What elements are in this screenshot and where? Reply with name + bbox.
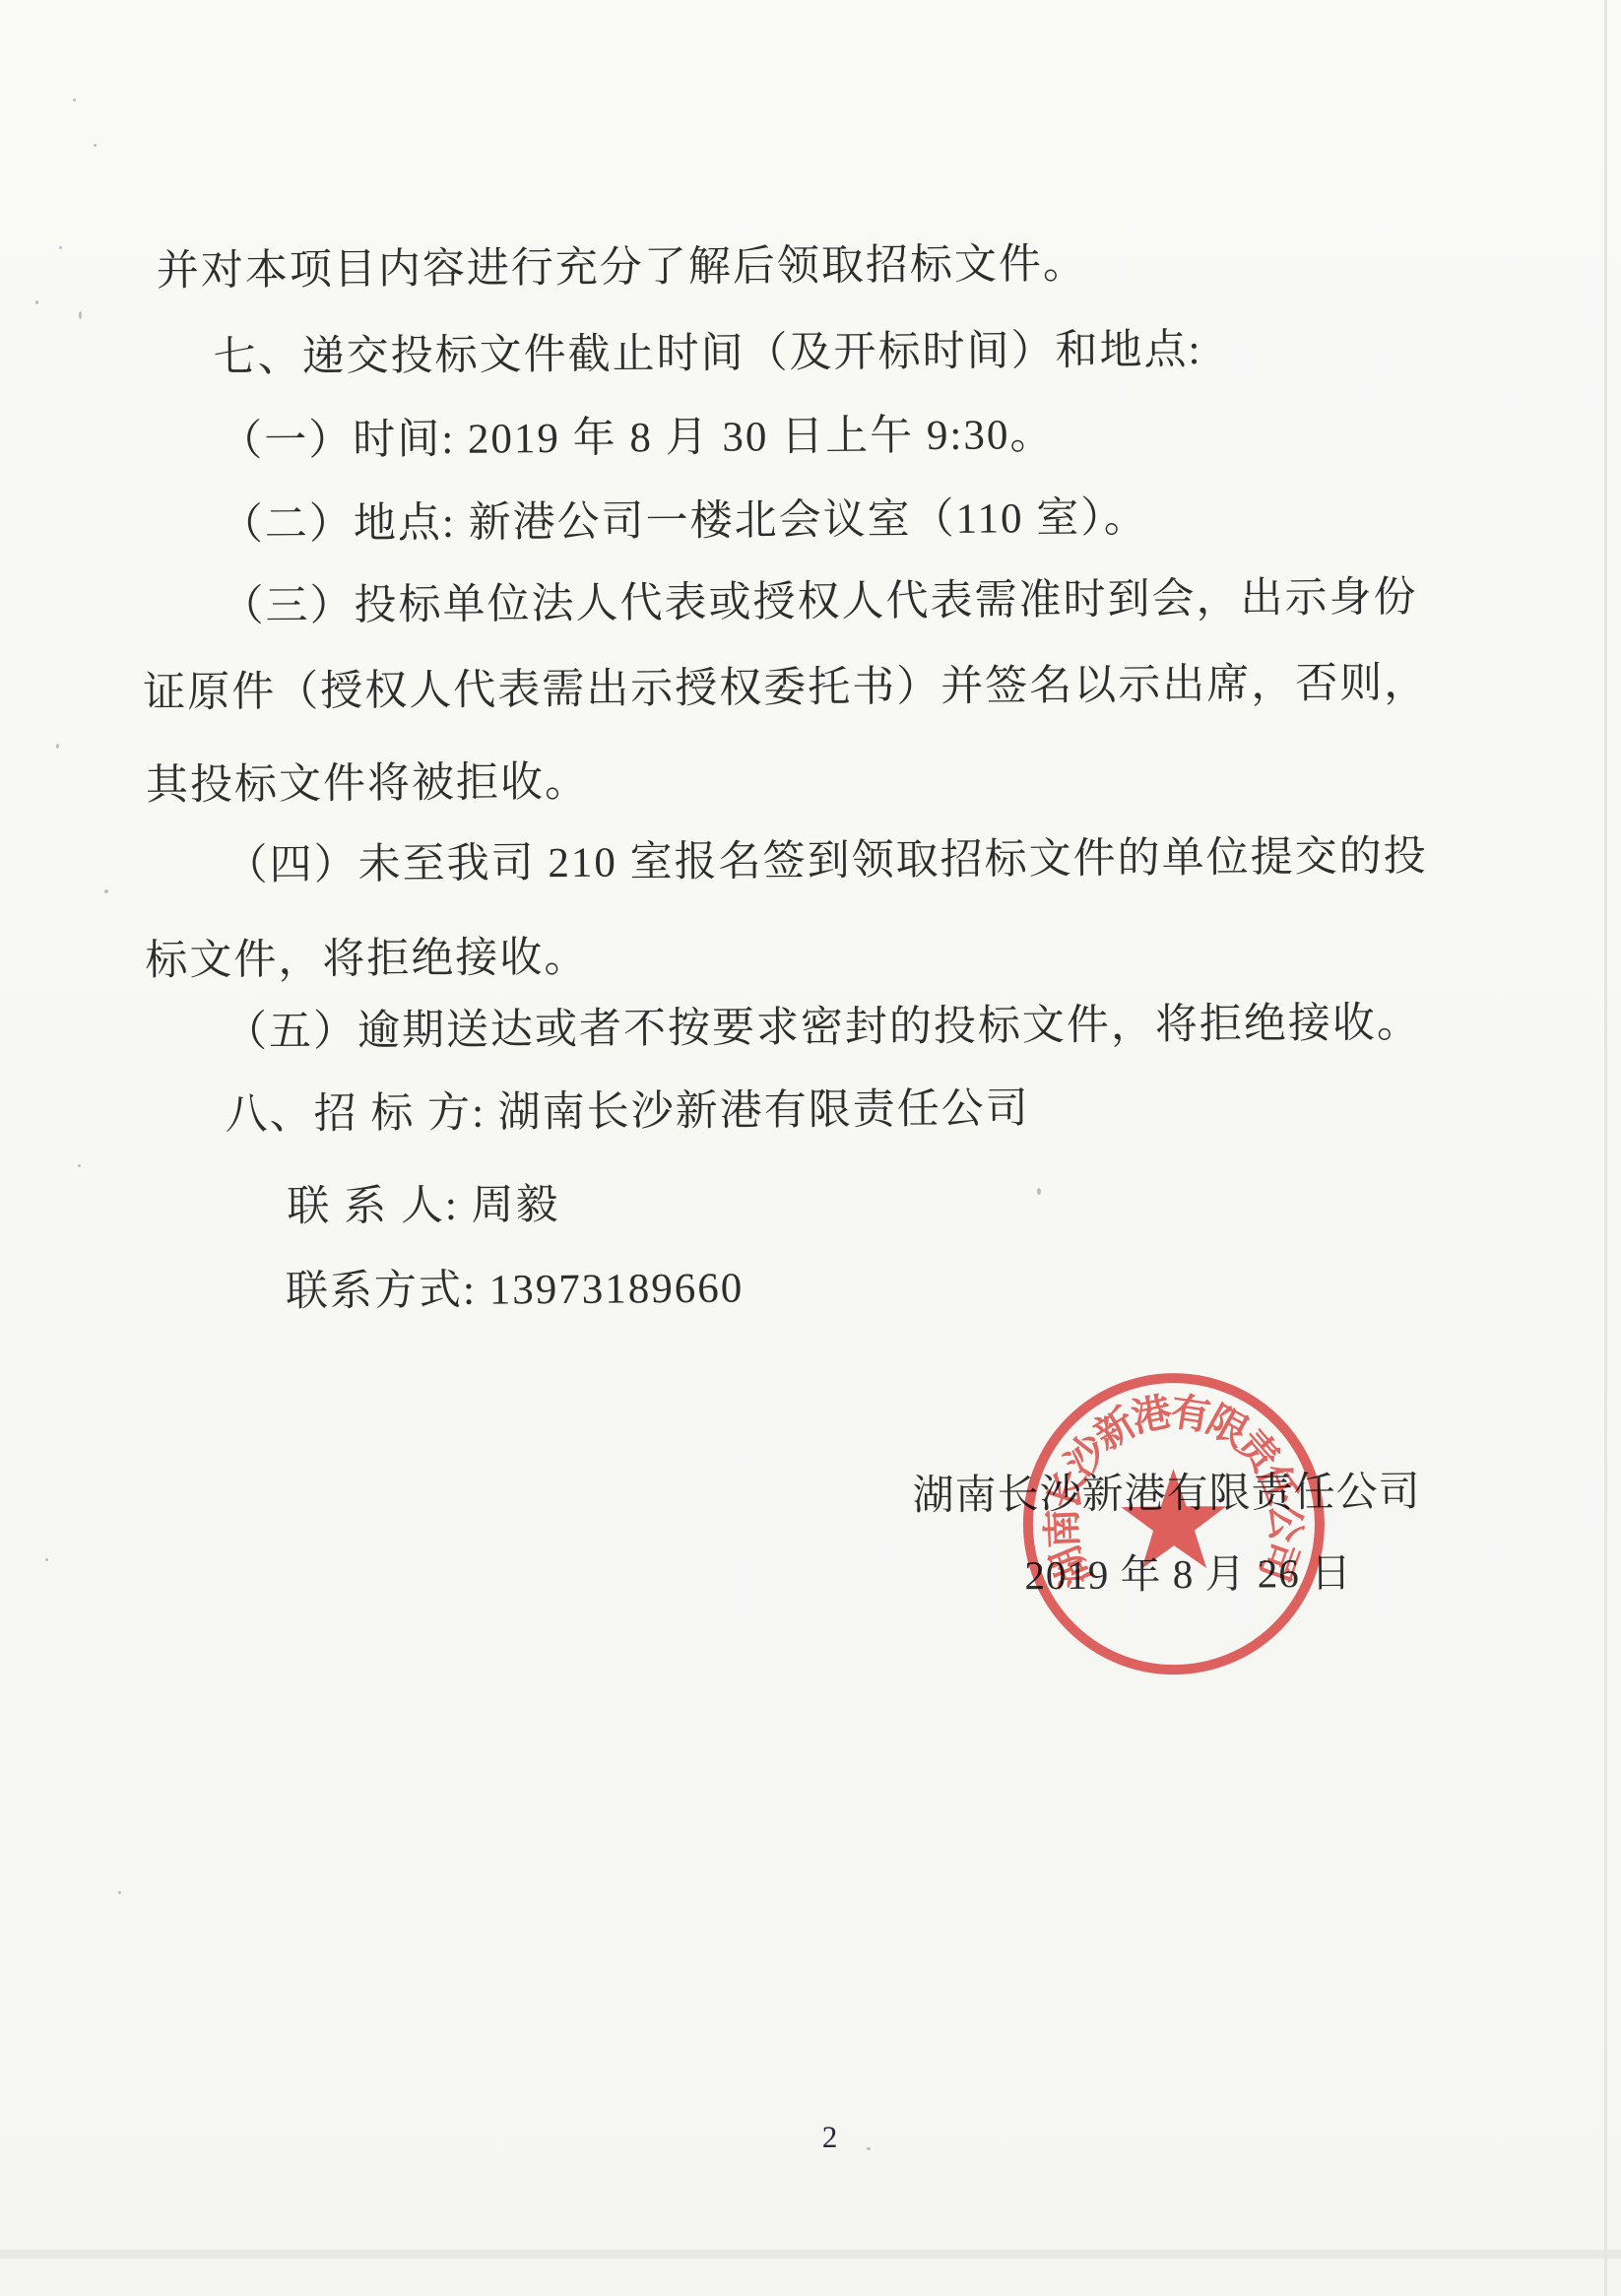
doc-line: （一）时间: 2019 年 8 月 30 日上午 9:30。 <box>220 411 1055 466</box>
doc-line: （五）逾期送达或者不按要求密封的投标文件，将拒绝接收。 <box>225 999 1421 1057</box>
scan-speck <box>59 246 62 249</box>
doc-line: 联 系 人: 周毅 <box>287 1181 560 1232</box>
scan-speck <box>867 2147 871 2150</box>
scan-speck <box>1037 1188 1041 1195</box>
doc-line: （四）未至我司 210 室报名签到领取招标文件的单位提交的投 <box>225 832 1427 890</box>
doc-line: 标文件，将拒绝接收。 <box>145 934 588 986</box>
document-content: 并对本项目内容进行充分了解后领取招标文件。 七、递交投标文件截止时间（及开标时间… <box>0 0 1621 2296</box>
scan-speck <box>35 300 38 304</box>
scan-speck <box>78 1164 81 1167</box>
doc-line: 八、招 标 方: 湖南长沙新港有限责任公司 <box>225 1084 1030 1140</box>
scan-speck <box>73 98 76 101</box>
page-number: 2 <box>822 2120 838 2155</box>
scan-speck <box>104 889 108 893</box>
scan-speck <box>79 311 82 319</box>
scan-speck <box>118 1891 121 1894</box>
page-edge-shadow-right <box>1604 0 1607 2296</box>
scan-speck <box>94 144 97 147</box>
company-seal-stamp: 湖南长沙新港有限责任公司 <box>1008 1358 1340 1690</box>
scan-speck <box>56 744 59 749</box>
doc-line: 联系方式: 13973189660 <box>286 1265 745 1317</box>
doc-line: 并对本项目内容进行充分了解后领取招标文件。 <box>157 240 1087 296</box>
svg-text:司: 司 <box>1252 1536 1307 1588</box>
scan-speck <box>45 1558 48 1561</box>
document-page: 并对本项目内容进行充分了解后领取招标文件。 七、递交投标文件截止时间（及开标时间… <box>0 0 1621 2296</box>
doc-line: 证原件（授权人代表需出示授权委托书）并签名以示出席，否则， <box>143 659 1428 718</box>
doc-line: （三）投标单位法人代表或授权人代表需准时到会，出示身份 <box>221 573 1417 631</box>
page-edge-shadow-bottom <box>0 2250 1621 2259</box>
doc-line: 其投标文件将被拒收。 <box>146 758 589 811</box>
seal-star-icon <box>1121 1469 1226 1569</box>
doc-line: （二）地点: 新港公司一楼北会议室（110 室）。 <box>221 493 1148 550</box>
doc-line: 七、递交投标文件截止时间（及开标时间）和地点: <box>213 326 1201 382</box>
